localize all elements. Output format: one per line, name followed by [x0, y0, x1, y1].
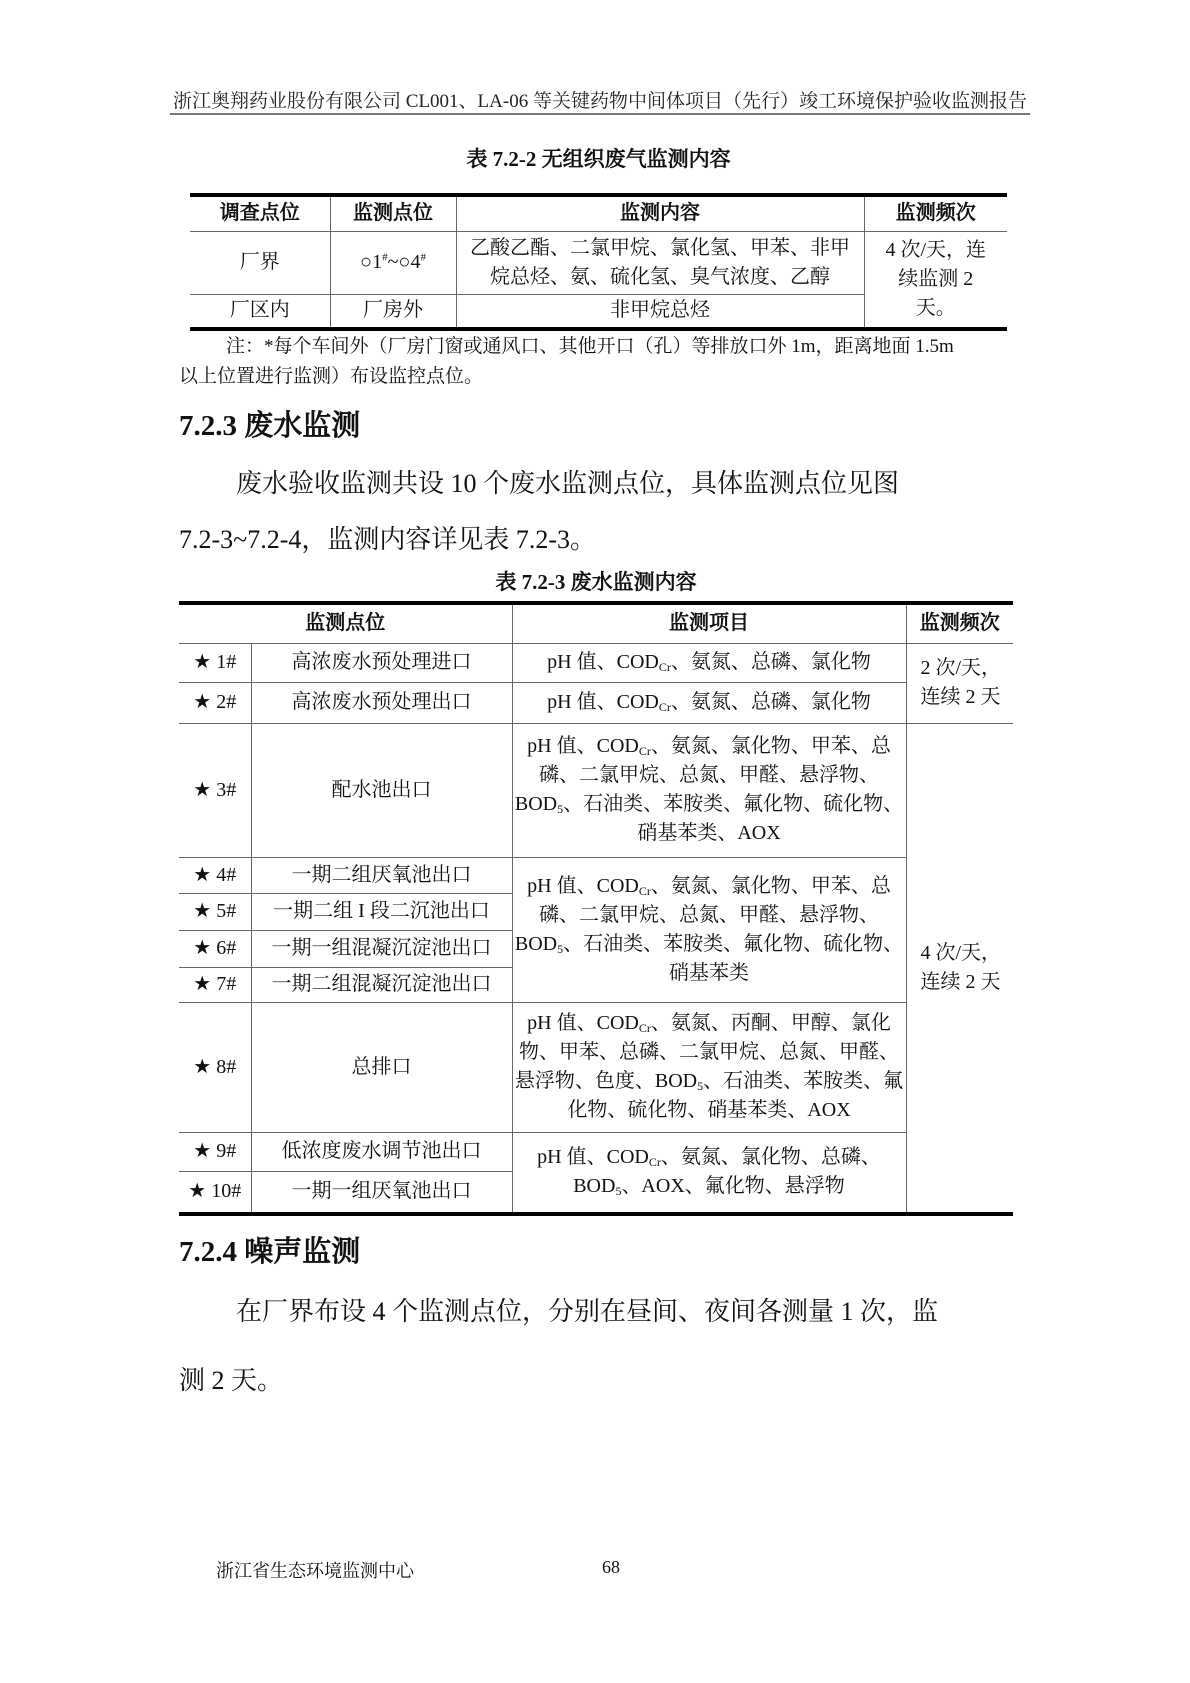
point-id-cell: ★ 8# [179, 1002, 251, 1132]
paragraph-line: 7.2-3~7.2-4，监测内容详见表 7.2-3。 [179, 512, 1019, 568]
section-heading-723: 7.2.3 废水监测 [179, 403, 360, 444]
point-location-cell: 总排口 [251, 1002, 512, 1132]
table-722-caption: 表 7.2-2 无组织废气监测内容 [190, 143, 1007, 173]
paragraph-line: 在厂界布设 4 个监测点位，分别在昼间、夜间各测量 1 次，监 [179, 1284, 1019, 1340]
paragraph-line: 废水验收监测共设 10 个废水监测点位，具体监测点位见图 [179, 456, 1019, 512]
content-cell: 非甲烷总烃 [456, 294, 864, 329]
point-id-cell: ★ 7# [179, 967, 251, 1002]
point-id-cell: ★ 1# [179, 643, 251, 682]
table-722: 调查点位 监测点位 监测内容 监测频次 厂界 ○1#~○4# 乙酸乙酯、二氯甲烷… [190, 193, 1007, 331]
column-header: 监测点位 [330, 195, 456, 231]
point-location-cell: 高浓废水预处理出口 [251, 682, 512, 723]
point-id-cell: ★ 5# [179, 893, 251, 930]
paragraph-line: 测 2 天。 [179, 1353, 1019, 1409]
header-divider [170, 113, 1030, 115]
point-id-cell: ★ 6# [179, 930, 251, 967]
point-location-cell: 一期二组 I 段二沉池出口 [251, 893, 512, 930]
frequency-cell: 4 次/天，连续 2 天 [906, 723, 1013, 1214]
column-header: 监测内容 [456, 195, 864, 231]
point-location-cell: 高浓废水预处理进口 [251, 643, 512, 682]
page-number: 68 [602, 1557, 620, 1578]
items-cell: pH 值、CODCr、氨氮、氯化物、甲苯、总磷、二氯甲烷、总氮、甲醛、悬浮物、B… [512, 723, 906, 857]
frequency-cell: 2 次/天，连续 2 天 [906, 643, 1013, 723]
point-location-cell: 配水池出口 [251, 723, 512, 857]
table-note-line2: 以上位置进行监测）布设监控点位。 [179, 362, 1009, 392]
point-id-cell: ★ 9# [179, 1132, 251, 1171]
survey-point-cell: 厂界 [190, 231, 330, 294]
point-location-cell: 一期一组厌氧池出口 [251, 1171, 512, 1214]
point-id-cell: ★ 4# [179, 857, 251, 893]
items-cell: pH 值、CODCr、氨氮、氯化物、总磷、BOD5、AOX、氟化物、悬浮物 [512, 1132, 906, 1214]
content-cell: 乙酸乙酯、二氯甲烷、氯化氢、甲苯、非甲烷总烃、氨、硫化氢、臭气浓度、乙醇 [456, 231, 864, 294]
table-723-caption: 表 7.2-3 废水监测内容 [179, 566, 1013, 596]
frequency-cell: 4 次/天，连续监测 2 天。 [864, 231, 1007, 329]
monitor-point-cell: 厂房外 [330, 294, 456, 329]
column-header: 监测项目 [512, 603, 906, 643]
running-header: 浙江奥翔药业股份有限公司 CL001、LA-06 等关键药物中间体项目（先行）竣… [170, 86, 1030, 113]
point-location-cell: 低浓度废水调节池出口 [251, 1132, 512, 1171]
column-header: 监测频次 [906, 603, 1013, 643]
items-cell: pH 值、CODCr、氨氮、总磷、氯化物 [512, 682, 906, 723]
point-location-cell: 一期一组混凝沉淀池出口 [251, 930, 512, 967]
section-heading-724: 7.2.4 噪声监测 [179, 1229, 360, 1270]
items-cell: pH 值、CODCr、氨氮、总磷、氯化物 [512, 643, 906, 682]
items-cell: pH 值、CODCr、氨氮、丙酮、甲醇、氯化物、甲苯、总磷、二氯甲烷、总氮、甲醛… [512, 1002, 906, 1132]
point-id-cell: ★ 3# [179, 723, 251, 857]
survey-point-cell: 厂区内 [190, 294, 330, 329]
point-location-cell: 一期二组厌氧池出口 [251, 857, 512, 893]
footer-organization: 浙江省生态环境监测中心 [216, 1557, 414, 1583]
point-id-cell: ★ 2# [179, 682, 251, 723]
monitor-point-cell: ○1#~○4# [330, 231, 456, 294]
table-note-line1: 注：*每个车间外（厂房门窗或通风口、其他开口（孔）等排放口外 1m，距离地面 1… [190, 332, 1020, 362]
column-header: 调查点位 [190, 195, 330, 231]
items-cell: pH 值、CODCr、氨氮、氯化物、甲苯、总磷、二氯甲烷、总氮、甲醛、悬浮物、B… [512, 857, 906, 1002]
point-location-cell: 一期二组混凝沉淀池出口 [251, 967, 512, 1002]
column-header: 监测点位 [179, 603, 512, 643]
table-723: 监测点位 监测项目 监测频次 ★ 1# 高浓废水预处理进口 pH 值、CODCr… [179, 601, 1013, 1216]
point-id-cell: ★ 10# [179, 1171, 251, 1214]
column-header: 监测频次 [864, 195, 1007, 231]
